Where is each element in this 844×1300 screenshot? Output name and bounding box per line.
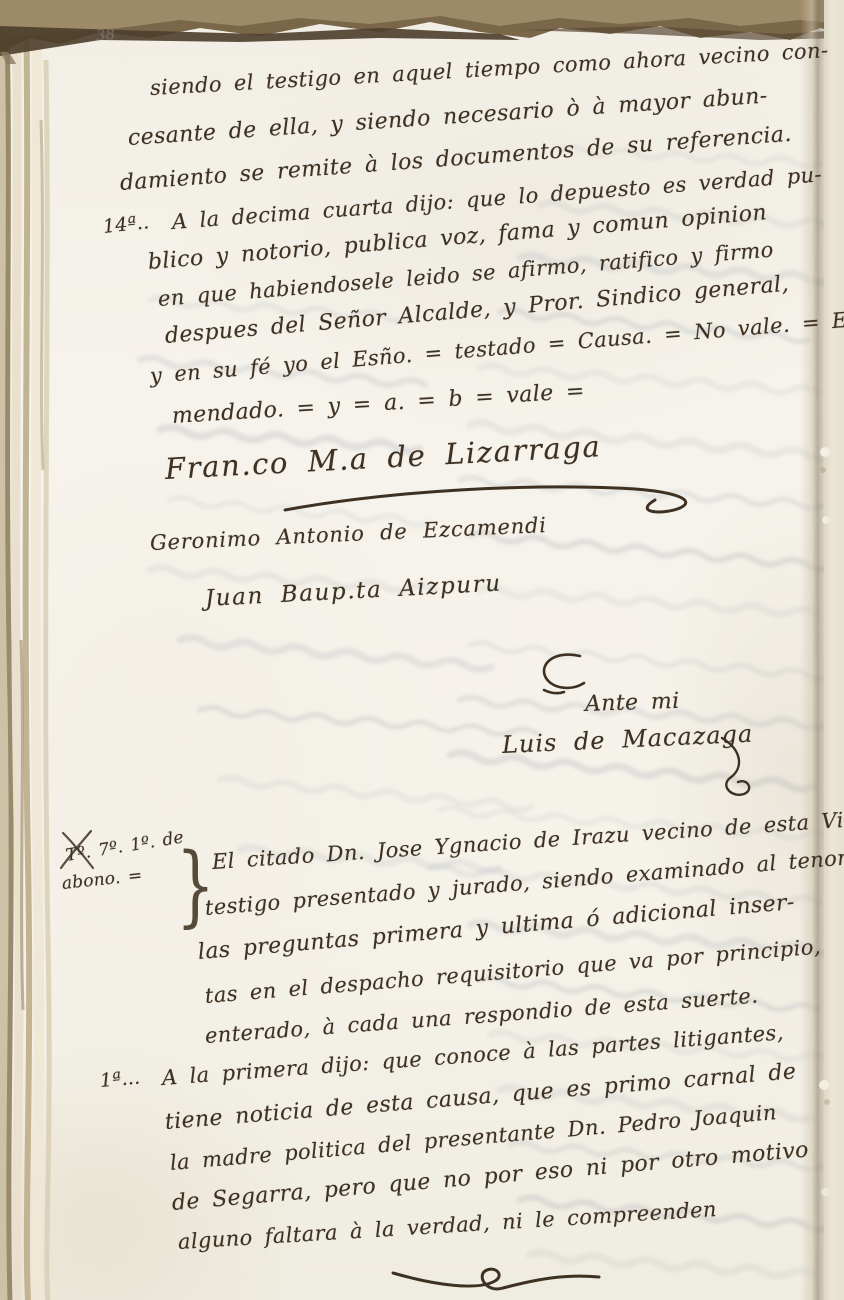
faint-page-number: 38 xyxy=(95,25,116,45)
margin-marker-1a: 1ª... xyxy=(99,1067,141,1092)
macazaga-rubric-flourish xyxy=(712,732,766,812)
binding-left-edge xyxy=(0,0,64,1300)
closing-flourish xyxy=(385,1253,615,1300)
manuscript-page: 38 siendo el testigo en aquel tiempo com… xyxy=(0,0,844,1300)
margin-brace: } xyxy=(176,834,215,936)
signature-ante-mi: Ante mi xyxy=(585,689,680,717)
next-page-chips xyxy=(816,0,836,1300)
